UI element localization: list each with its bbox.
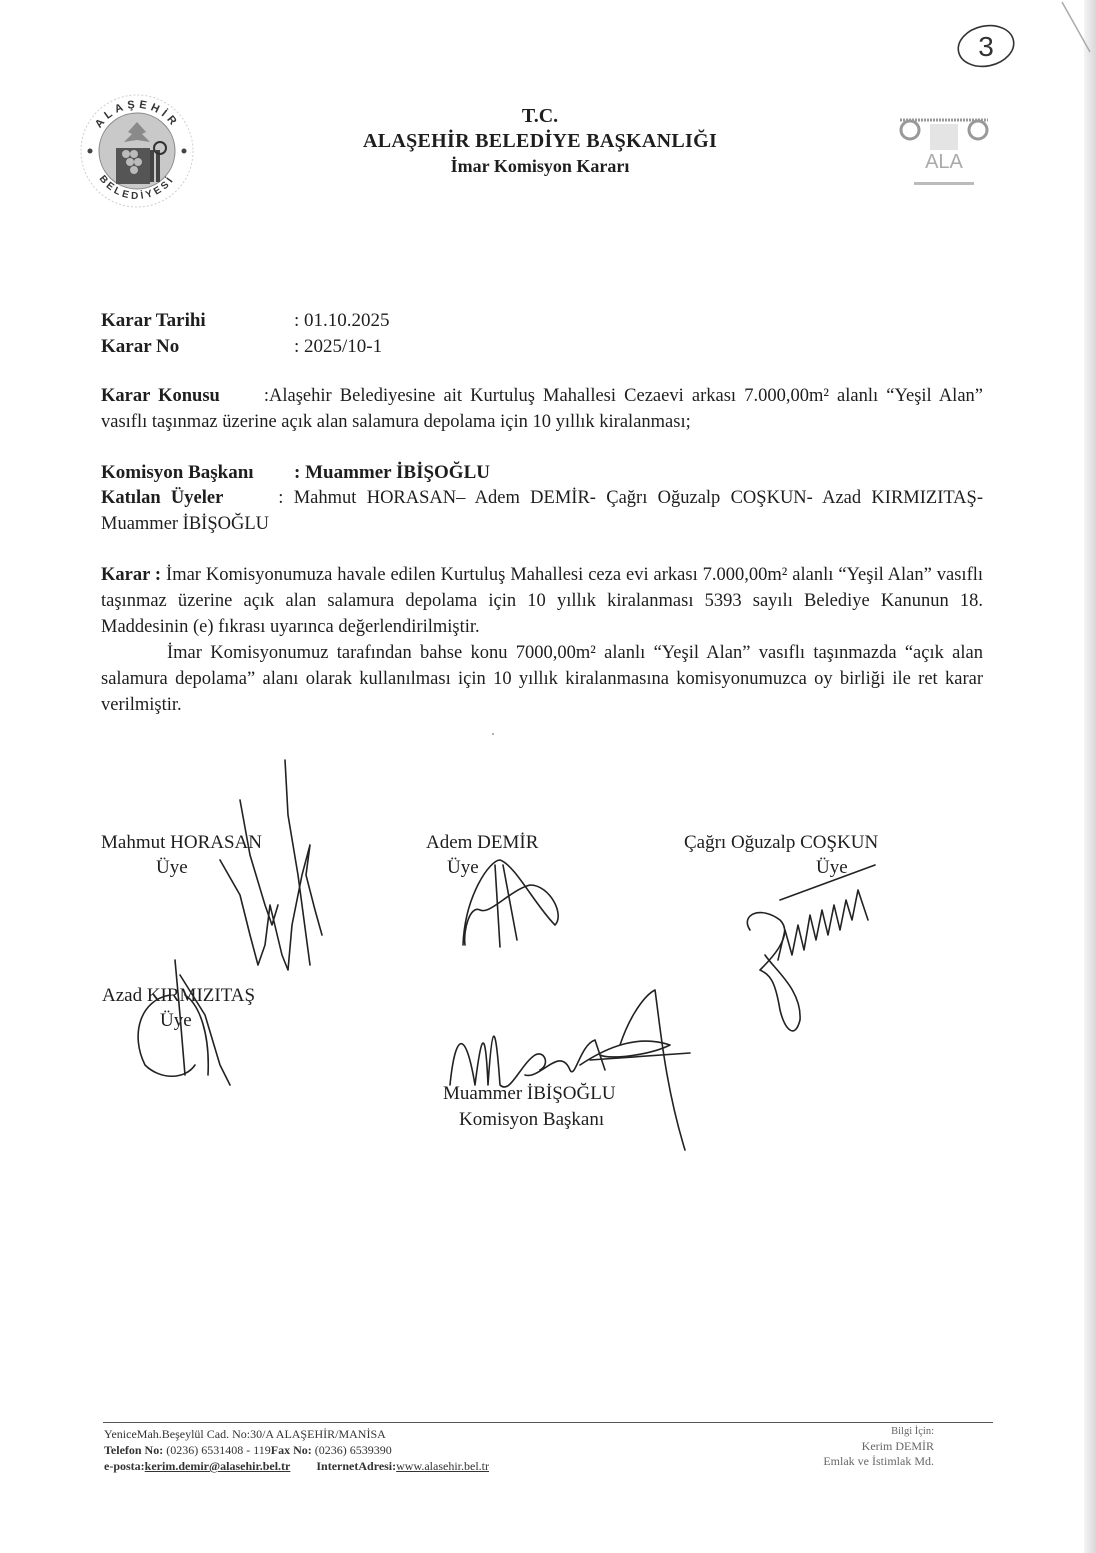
members-label: Katılan Üyeler	[101, 488, 223, 508]
subject-label: Karar Konusu	[101, 386, 220, 406]
signature-kirmizitas-icon	[130, 955, 240, 1090]
signature-coskun-icon	[740, 860, 880, 1040]
members-value: : Mahmut HORASAN– Adem DEMİR- Çağrı Oğuz…	[101, 488, 983, 534]
subject-text: :Alaşehir Belediyesine ait Kurtuluş Maha…	[101, 386, 983, 432]
decision-text-1: İmar Komisyonumuza havale edilen Kurtulu…	[101, 565, 983, 637]
scan-speck	[492, 733, 494, 735]
footer-email-web: e-posta:kerim.demir@alasehir.bel.trInter…	[104, 1458, 489, 1474]
scan-page-edge	[1084, 0, 1096, 1553]
website-link[interactable]: www.alasehir.bel.tr	[396, 1459, 489, 1473]
header-document-type: İmar Komisyon Kararı	[340, 154, 740, 179]
signatory-name: Çağrı Oğuzalp COŞKUN	[684, 831, 878, 855]
footer-info-contact: Bilgi İçin: Kerim DEMİR Emlak ve İstimla…	[790, 1424, 934, 1469]
signature-ibisoglu-icon	[440, 985, 720, 1165]
email-link[interactable]: kerim.demir@alasehir.bel.tr	[145, 1459, 291, 1473]
header-tc: T.C.	[340, 104, 740, 129]
meta-label: Karar No	[101, 334, 179, 360]
footer-divider	[103, 1422, 993, 1423]
decision-label: Karar :	[101, 565, 161, 585]
info-title: Bilgi İçin:	[790, 1424, 934, 1439]
commission-members: Katılan Üyeler: Mahmut HORASAN– Adem DEM…	[101, 485, 983, 537]
document-header: T.C. ALAŞEHİR BELEDİYE BAŞKANLIĞI İmar K…	[340, 104, 740, 179]
ionic-column-ala-logo-icon: ALA	[896, 112, 992, 192]
footer-address: YeniceMah.Beşeylül Cad. No:30/A ALAŞEHİR…	[104, 1426, 489, 1442]
decision-subject: Karar Konusu:Alaşehir Belediyesine ait K…	[101, 383, 983, 435]
decision-paragraph-2: İmar Komisyonumuz tarafından bahse konu …	[101, 640, 983, 718]
chair-label: Komisyon Başkanı	[101, 460, 254, 486]
signatory-role: Üye	[156, 856, 188, 880]
signatory-name: Adem DEMİR	[426, 831, 538, 855]
signature-horasan-icon	[210, 755, 340, 975]
header-organization: ALAŞEHİR BELEDİYE BAŞKANLIĞI	[340, 129, 740, 154]
footer-phone-fax: Telefon No: (0236) 6531408 - 119Fax No: …	[104, 1442, 489, 1458]
alasehir-belediyesi-seal-icon: ALAŞEHİR BELEDİYESİ	[78, 92, 196, 210]
folded-corner-mark	[1056, 0, 1096, 60]
chair-value: : Muammer İBİŞOĞLU	[294, 460, 490, 486]
meta-label: Karar Tarihi	[101, 308, 206, 334]
svg-text:ALA: ALA	[925, 151, 963, 173]
page-number-circle-icon: 3	[955, 22, 1017, 70]
svg-text:3: 3	[978, 31, 994, 62]
info-department: Emlak ve İstimlak Md.	[790, 1454, 934, 1469]
meta-value: : 2025/10-1	[294, 334, 382, 360]
meta-value: : 01.10.2025	[294, 308, 390, 334]
footer-contact: YeniceMah.Beşeylül Cad. No:30/A ALAŞEHİR…	[104, 1426, 489, 1474]
info-name: Kerim DEMİR	[790, 1439, 934, 1454]
decision-paragraph-1: Karar : İmar Komisyonumuza havale edilen…	[101, 562, 983, 640]
